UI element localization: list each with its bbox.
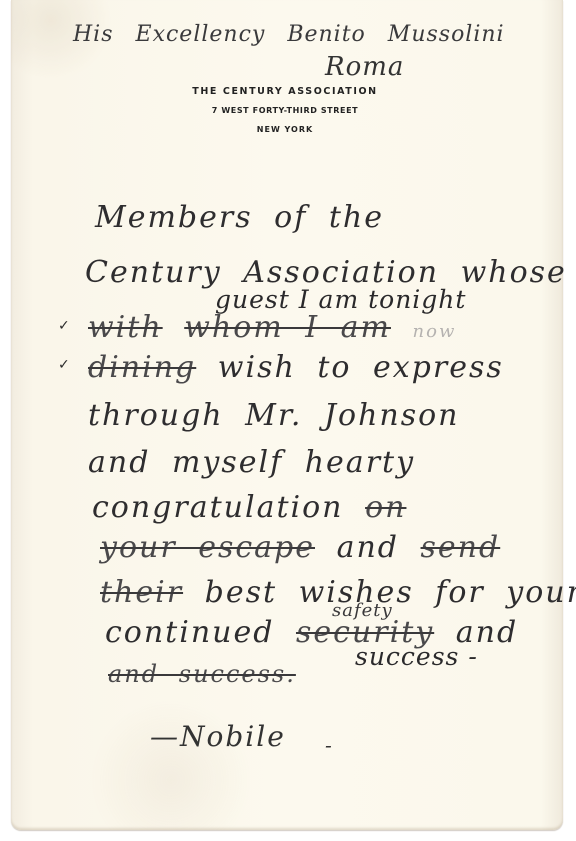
body-line-1: Members of the	[95, 200, 384, 235]
letterhead-organization: THE CENTURY ASSOCIATION	[180, 83, 390, 101]
body-text-wish-to-express: wish to express	[218, 350, 504, 385]
body-insert-success: success -	[355, 642, 478, 671]
signature-trailing-dash: -	[325, 733, 333, 757]
body-line-3: with whom I am now	[88, 310, 456, 345]
struck-phrase-and-success: and success.	[108, 660, 296, 688]
struck-word-their: their	[100, 575, 183, 610]
signature-nobile: —Nobile	[150, 720, 286, 753]
addressee-city: Roma	[325, 52, 404, 82]
body-line-4: dining wish to express	[88, 350, 504, 385]
margin-check-mark-1: ✓	[58, 318, 70, 334]
faint-erased-word: now	[413, 321, 457, 342]
struck-word-dining: dining	[88, 350, 196, 385]
body-text-congratulation: congratulation	[92, 490, 344, 525]
body-line-8: your escape and send	[100, 530, 500, 565]
body-text-and: and	[337, 530, 399, 565]
letterhead-street: 7 WEST FORTY-THIRD STREET	[180, 101, 390, 120]
struck-phrase-your-escape: your escape	[100, 530, 315, 565]
body-line-7: congratulation on	[92, 490, 406, 525]
body-line-6: and myself hearty	[88, 445, 415, 480]
struck-word-send: send	[421, 530, 501, 565]
body-line-11: and success.	[108, 660, 296, 688]
body-line-5: through Mr. Johnson	[88, 398, 460, 433]
margin-check-mark-2: ✓	[58, 357, 70, 373]
addressee-name: His Excellency Benito Mussolini	[73, 22, 505, 47]
struck-word-on: on	[365, 490, 406, 525]
letterhead-city: NEW YORK	[180, 120, 390, 139]
struck-phrase-whom-i-am: whom I am	[184, 310, 391, 345]
struck-word-with: with	[88, 310, 163, 345]
body-text-continued: continued	[105, 615, 274, 650]
letterhead: THE CENTURY ASSOCIATION 7 WEST FORTY-THI…	[180, 83, 390, 139]
